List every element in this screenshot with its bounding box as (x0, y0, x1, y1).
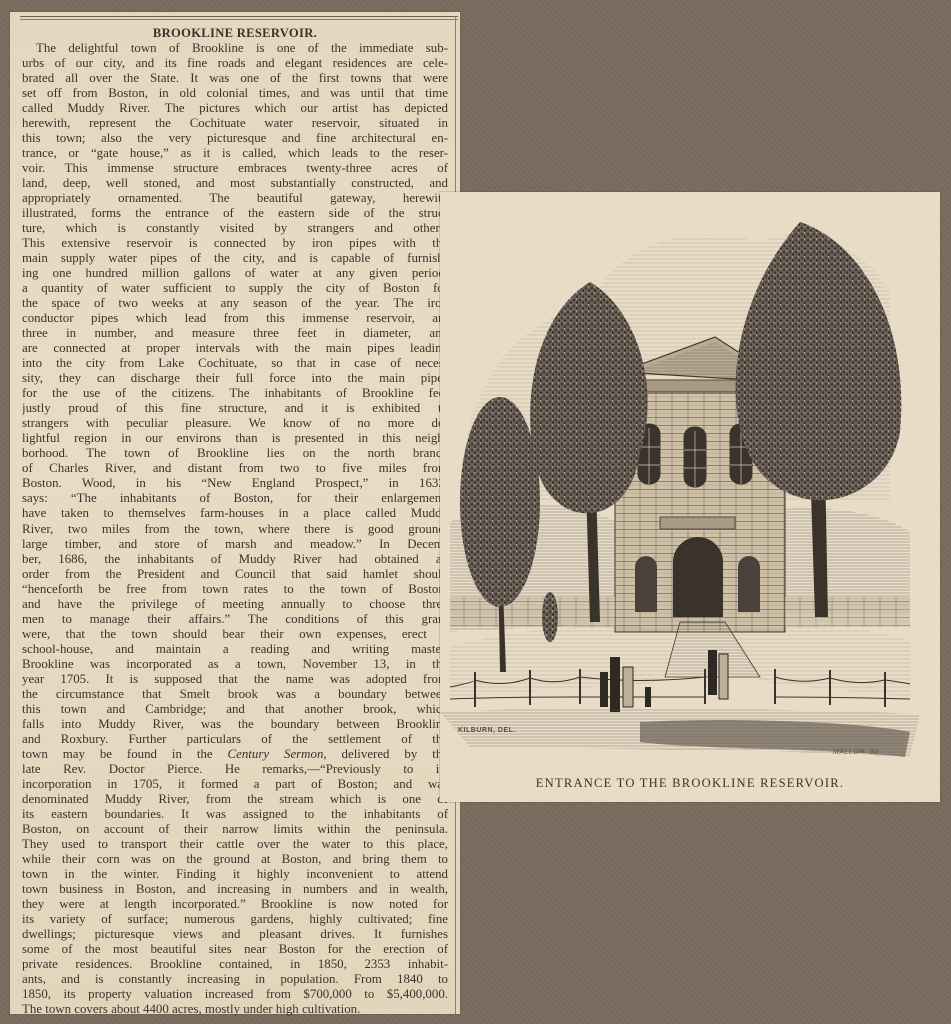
article-line: into the city from Lake Cochituate, so t… (22, 356, 448, 371)
article-line: brated all over the State. It was one of… (22, 71, 448, 86)
article-line: appropriately ornamented. The beautiful … (22, 191, 448, 206)
illustration-caption: ENTRANCE TO THE BROOKLINE RESERVOIR. (440, 776, 940, 791)
article-line: River, two miles from the town, where th… (22, 522, 448, 537)
article-line: and Roxbury. Further particulars of the … (22, 732, 448, 747)
article-line: some of the most beautiful sites near Bo… (22, 942, 448, 957)
article-line: says: “The inhabitants of Boston, for th… (22, 491, 448, 506)
article-line: main supply water pipes of the city, and… (22, 251, 448, 266)
article-line: The town covers about 4400 acres, mostly… (22, 1002, 448, 1017)
article-line: sity, they can discharge their full forc… (22, 371, 448, 386)
article-line: Brookline was incorporated as a town, No… (22, 657, 448, 672)
article-line: large timber, and store of marsh and mea… (22, 537, 448, 552)
article-line: three in number, and measure three feet … (22, 326, 448, 341)
article-line: voir. This immense structure embraces tw… (22, 161, 448, 176)
article-line: This extensive reservoir is connected by… (22, 236, 448, 251)
article-line: ber, 1686, the inhabitants of Muddy Rive… (22, 552, 448, 567)
article-line: private residences. Brookline contained,… (22, 957, 448, 972)
article-line: were, that the town should bear their ow… (22, 627, 448, 642)
article-line: strangers with peculiar pleasure. We kno… (22, 416, 448, 431)
article-line: lightful region in our environs than is … (22, 431, 448, 446)
article-line: herewith, represent the Cochituate water… (22, 116, 448, 131)
article-line: trance, or “gate house,” as it is called… (22, 146, 448, 161)
top-rule (20, 16, 458, 20)
reservoir-gatehouse-engraving (440, 202, 920, 762)
article-line: the space of two weeks at any season of … (22, 296, 448, 311)
article-line: Boston, on account of their narrow limit… (22, 822, 448, 837)
article-line: Boston. Wood, in his “New England Prospe… (22, 476, 448, 491)
article-line: and have the privilege of meeting annual… (22, 597, 448, 612)
article-line: are connected at proper intervals with t… (22, 341, 448, 356)
article-line: the circumstance that Smelt brook was a … (22, 687, 448, 702)
article-body: The delightful town of Brookline is one … (22, 41, 448, 1017)
artist-signature: KILBURN, DEL. (458, 727, 516, 734)
article-line: late Rev. Doctor Pierce. He remarks,—“Pr… (22, 762, 448, 777)
article-line: this town and Cambridge; and that anothe… (22, 702, 448, 717)
article-line: town business in Boston, and increasing … (22, 882, 448, 897)
article-line: 1850, its property valuation increased f… (22, 987, 448, 1002)
article-line: a quantity of water sufficient to supply… (22, 281, 448, 296)
article-line: this town; also the very picturesque and… (22, 131, 448, 146)
article-line: order from the President and Council tha… (22, 567, 448, 582)
article-line: year 1705. It is supposed that the name … (22, 672, 448, 687)
article-line: they were at length incorporated.” Brook… (22, 897, 448, 912)
article-line: ing one hundred million gallons of water… (22, 266, 448, 281)
article-line: dwellings; picturesque views and pleasan… (22, 927, 448, 942)
article-line: land, deep, well stoned, and most substa… (22, 176, 448, 191)
article-line: set off from Boston, in old colonial tim… (22, 86, 448, 101)
article-line: its eastern boundaries. It was assigned … (22, 807, 448, 822)
article-line: called Muddy River. The pictures which o… (22, 101, 448, 116)
article-line: its variety of surface; numerous gardens… (22, 912, 448, 927)
article-line: have taken to themselves farm-houses in … (22, 506, 448, 521)
article-line: borhood. The town of Brookline lies on t… (22, 446, 448, 461)
article-line: ture, which is constantly visited by str… (22, 221, 448, 236)
article-line: town may be found in the Century Sermon,… (22, 747, 448, 762)
illustration-clipping: KILBURN, DEL. MALLOR. Sc ENTRANCE TO THE… (440, 192, 940, 802)
article-line: falls into Muddy River, was the boundary… (22, 717, 448, 732)
article-clipping: BROOKLINE RESERVOIR. The delightful town… (10, 12, 460, 1014)
article-line: incorporation in 1705, it formed a part … (22, 777, 448, 792)
article-line: They used to transport their cattle over… (22, 837, 448, 852)
article-line: of Charles River, and distant from two t… (22, 461, 448, 476)
engraver-signature: MALLOR. Sc (833, 749, 879, 756)
article-line: denominated Muddy River, from the stream… (22, 792, 448, 807)
article-line: urbs of our city, and its fine roads and… (22, 56, 448, 71)
article-line: while their corn was on the ground at Bo… (22, 852, 448, 867)
article-line: “henceforth be free from town rates to t… (22, 582, 448, 597)
article-line: The delightful town of Brookline is one … (22, 41, 448, 56)
article-line: school-house, and maintain a reading and… (22, 642, 448, 657)
article-line: ants, and is constantly increasing in po… (22, 972, 448, 987)
article-line: illustrated, forms the entrance of the e… (22, 206, 448, 221)
article-line: town in the winter. Finding it highly in… (22, 867, 448, 882)
article-line: conductor pipes which lead from this imm… (22, 311, 448, 326)
article-line: men to manage their affairs.” The condit… (22, 612, 448, 627)
article-title: BROOKLINE RESERVOIR. (10, 26, 460, 41)
article-line: justly proud of this fine structure, and… (22, 401, 448, 416)
article-line: for the use of the citizens. The inhabit… (22, 386, 448, 401)
